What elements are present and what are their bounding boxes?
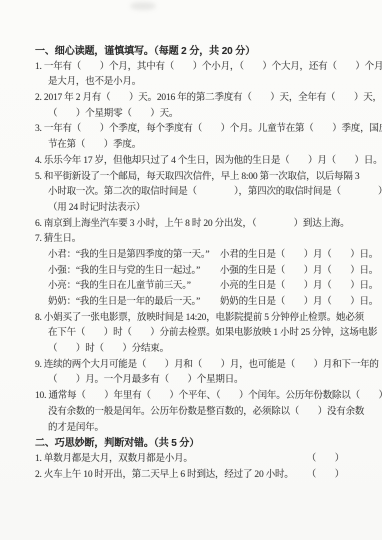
- riddle-quote: 奶奶：“我的生日是一年的最后一天。”: [48, 295, 220, 311]
- judgment-text: 2. 火车上午 10 时开出，第二天早上 6 时到达，经过了 20 小时。: [35, 468, 294, 484]
- judgment-row: 2. 火车上午 10 时开出，第二天早上 6 时到达，经过了 20 小时。 （ …: [35, 468, 356, 484]
- question-2-line-1: 2. 2017 年 2 月有（ ）天。2016 年的第二季度有（ ）天，全年有（…: [35, 91, 356, 107]
- question-1-line-1: 1. 一年有（ ）个月，其中有（ ）个小月，（ ）个大月，还有（ ）个月既不: [35, 60, 356, 76]
- riddle-answer: 小强的生日是（ ）月（ ）日。: [220, 264, 378, 280]
- question-5-line-2: 小时取一次。第二次的取信时间是（ ），第四次的取信时间是（ ）。: [35, 185, 356, 201]
- question-10-line-2: 没有余数的一般是闰年。公历年份数是整百数的，必须除以（ ）没有余数: [35, 405, 356, 421]
- question-5-line-1: 5. 和平街新设了一个邮局，每天取四次信件，早上 8:00 第一次取信，以后每隔…: [35, 170, 356, 186]
- riddle-quote: 小亮：“我的生日在儿童节前三天。”: [48, 279, 220, 295]
- section2-heading: 二、巧思妙断，判断对错。（共 5 分）: [35, 436, 356, 452]
- question-9-line-2: （ ）月。一个月最多有（ ）个星期日。: [35, 373, 356, 389]
- scan-artifact: [130, 2, 156, 10]
- riddle-quote: 小君：“我的生日是第四季度的第一天。”: [48, 248, 220, 264]
- question-9-line-1: 9. 连续的两个大月可能是（ ）月和（ ）月，也可能是（ ）月和下一年的: [35, 358, 356, 374]
- judgment-row: 1. 单数月都是大月，双数月都是小月。 （ ）: [35, 452, 356, 468]
- question-8-line-2: 在下午（ ）时（ ）分前去检票。如果电影放映 1 小时 25 分钟，这场电影: [35, 326, 356, 342]
- worksheet-page: 一、细心读题，谨慎填写。（每题 2 分，共 20 分） 1. 一年有（ ）个月，…: [0, 0, 382, 540]
- judgment-text: 1. 单数月都是大月，双数月都是小月。: [35, 452, 193, 468]
- section1-heading: 一、细心读题，谨慎填写。（每题 2 分，共 20 分）: [35, 44, 356, 60]
- riddle-answer: 小亮的生日是（ ）月（ ）日。: [220, 279, 378, 295]
- question-10-line-3: 的才是闰年。: [35, 421, 356, 437]
- judgment-answer-blank: （ ）: [307, 468, 356, 484]
- riddle-row: 小亮：“我的生日在儿童节前三天。” 小亮的生日是（ ）月（ ）日。: [35, 279, 356, 295]
- riddle-row: 小君：“我的生日是第四季度的第一天。” 小君的生日是（ ）月（ ）日。: [35, 248, 356, 264]
- question-8-line-1: 8. 小娟买了一张电影票，放映时间是 14:20，电影院提前 5 分钟停止检票。…: [35, 311, 356, 327]
- question-5-line-3: （用 24 时记时法表示）: [35, 201, 356, 217]
- riddle-row: 奶奶：“我的生日是一年的最后一天。” 奶奶的生日是（ ）月（ ）日。: [35, 295, 356, 311]
- riddle-answer: 奶奶的生日是（ ）月（ ）日。: [220, 295, 378, 311]
- judgment-answer-blank: （ ）: [307, 452, 356, 468]
- question-1-line-2: 是大月，也不是小月。: [35, 75, 356, 91]
- question-4-line-1: 4. 乐乐今年 17 岁，但他却只过了 4 个生日，因为他的生日是（ ）月（ ）…: [35, 154, 356, 170]
- riddle-quote: 小强：“我的生日与党的生日一起过。”: [48, 264, 220, 280]
- riddle-row: 小强：“我的生日与党的生日一起过。” 小强的生日是（ ）月（ ）日。: [35, 264, 356, 280]
- question-8-line-3: （ ）时（ ）分结束。: [35, 342, 356, 358]
- question-3-line-2: 节在第（ ）季度。: [35, 138, 356, 154]
- question-2-line-2: （ ）个星期零（ ）天。: [35, 107, 356, 123]
- question-6-line-1: 6. 南京到上海坐汽车要 3 小时，上午 8 时 20 分出发，（ ）到达上海。: [35, 217, 356, 233]
- question-7-head: 7. 猜生日。: [35, 232, 356, 248]
- question-10-line-1: 10. 通常每（ ）年里有（ ）个平年、（ ）个闰年。公历年份数除以（ ）: [35, 389, 356, 405]
- question-3-line-1: 3. 一年有（ ）个季度，每个季度有（ ）个月。儿童节在第（ ）季度，国庆: [35, 122, 356, 138]
- riddle-answer: 小君的生日是（ ）月（ ）日。: [220, 248, 378, 264]
